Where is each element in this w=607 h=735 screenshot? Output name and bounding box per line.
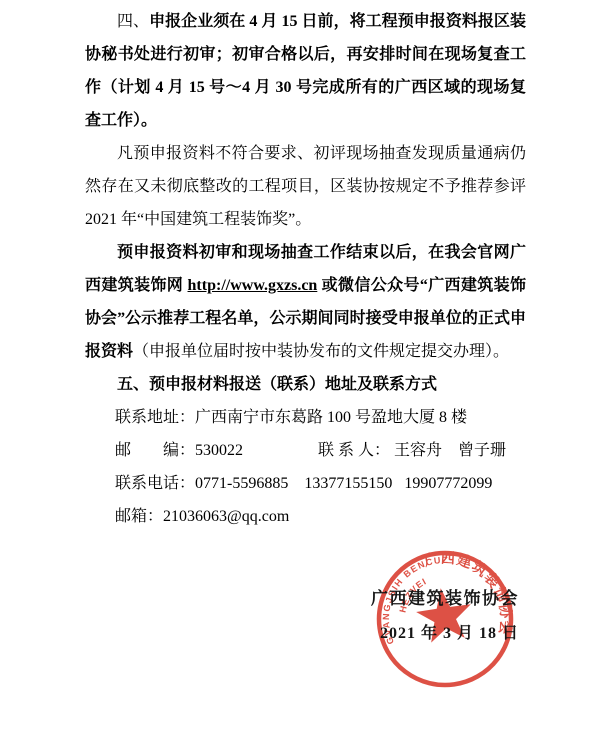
signature-org-name: 广西建筑装饰协会: [371, 584, 519, 609]
contact-address-line: 联系地址：广西南宁市东葛路 100 号盈地大厦 8 楼: [85, 401, 526, 434]
paragraph-reject-rule: 凡预申报资料不符合要求、初评现场抽查发现质量通病仍然存在又未彻底整改的工程项目，…: [85, 137, 526, 236]
document-body: 四、申报企业须在 4 月 15 日前，将工程预申报资料报区装协秘书处进行初审；初…: [85, 5, 526, 533]
paragraph-publicity: 预申报资料初审和现场抽查工作结束以后，在我会官网广西建筑装饰网 http://w…: [85, 236, 526, 368]
website-link[interactable]: http://www.gxzs.cn: [188, 277, 318, 294]
contact-person: 联 系 人： 王容舟 曾子珊: [318, 442, 506, 459]
section5-heading: 五、预申报材料报送（联系）地址及联系方式: [85, 368, 526, 401]
document-page: 四、申报企业须在 4 月 15 日前，将工程预申报资料报区装协秘书处进行初审；初…: [0, 0, 607, 735]
contact-phones-line: 联系电话：0771-5596885 13377155150 1990777209…: [85, 467, 526, 500]
section4-text: 申报企业须在 4 月 15 日前，将工程预申报资料报区装协秘书处进行初审；初审合…: [85, 13, 526, 129]
paragraph-item4: 四、申报企业须在 4 月 15 日前，将工程预申报资料报区装协秘书处进行初审；初…: [85, 5, 526, 137]
contact-email-line: 邮箱：21036063@qq.com: [85, 500, 526, 533]
signature-date: 2021 年 3 月 18 日: [380, 620, 519, 643]
postal-code: 邮 编：530022: [115, 434, 318, 467]
publicity-note: （申报单位届时按中装协发布的文件规定提交办理）。: [133, 343, 509, 360]
contact-postal-person-line: 邮 编：530022联 系 人： 王容舟 曾子珊: [85, 434, 526, 467]
section4-number: 四、: [117, 13, 149, 30]
